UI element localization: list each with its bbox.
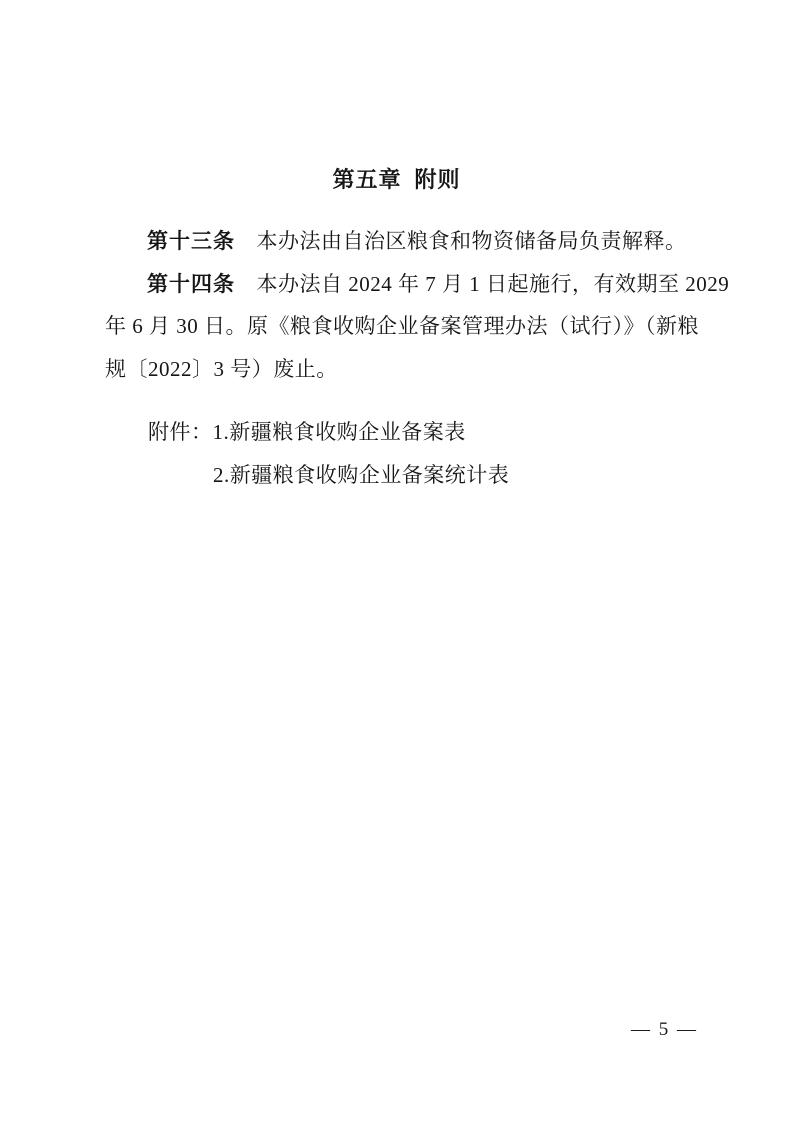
document-page: 第五章 附则 第十三条 本办法由自治区粮食和物资储备局负责解释。 第十四条 本办… [0, 0, 793, 1122]
article-14-line-1: 第十四条 本办法自 2024 年 7 月 1 日起施行，有效期至 2029 [105, 263, 705, 306]
chapter-heading: 第五章 附则 [0, 158, 793, 202]
article-14-number: 第十四条 [147, 273, 235, 296]
article-14-text-line-1: 本办法自 2024 年 7 月 1 日起施行，有效期至 2029 [235, 272, 729, 296]
attachment-item-2: 2.新疆粮食收购企业备案统计表 [213, 454, 509, 497]
article-13-number: 第十三条 [147, 230, 235, 253]
article-13-paragraph: 第十三条 本办法由自治区粮食和物资储备局负责解释。 [105, 220, 705, 263]
attachments-label: 附件： [148, 420, 213, 444]
attachments-block: 附件：1.新疆粮食收购企业备案表 2.新疆粮食收购企业备案统计表 [148, 411, 509, 496]
article-13-text: 本办法由自治区粮食和物资储备局负责解释。 [235, 229, 687, 253]
attachment-item-1-line: 附件：1.新疆粮食收购企业备案表 [148, 411, 509, 454]
document-body: 第十三条 本办法由自治区粮食和物资储备局负责解释。 第十四条 本办法自 2024… [105, 220, 705, 390]
article-14-line-2: 年 6 月 30 日。原《粮食收购企业备案管理办法（试行）》（新粮 [105, 305, 705, 348]
page-number: — 5 — [631, 1016, 696, 1044]
attachment-item-1: 1.新疆粮食收购企业备案表 [213, 420, 466, 444]
article-14-line-3: 规〔2022〕3 号）废止。 [105, 348, 705, 391]
